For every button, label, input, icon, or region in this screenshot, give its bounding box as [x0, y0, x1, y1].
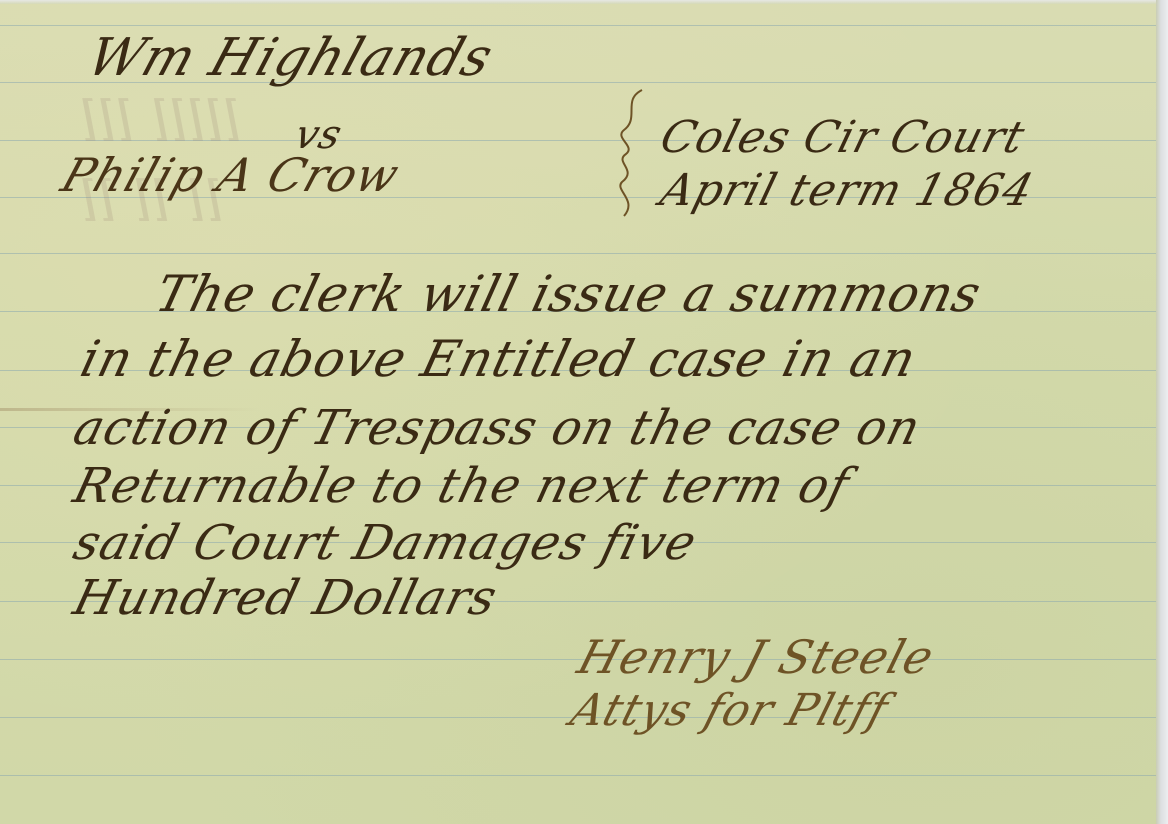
- signature-title: Attys for Pltff: [565, 685, 894, 736]
- body-line-6: Hundred Dollars: [68, 570, 503, 626]
- court-name: Coles Cir Court: [655, 112, 1030, 163]
- body-line-3: action of Trespass on the case on: [68, 400, 927, 456]
- body-line-5: said Court Damages five: [68, 515, 702, 571]
- scan-top-edge: [0, 0, 1168, 4]
- ruled-line: [0, 25, 1156, 26]
- body-line-4: Returnable to the next term of: [68, 458, 855, 514]
- body-line-1: The clerk will issue a summons: [150, 265, 987, 323]
- defendant-name: Philip A Crow: [55, 148, 406, 202]
- court-term: April term 1864: [655, 165, 1039, 216]
- scan-right-edge: [1156, 0, 1168, 824]
- body-line-2: in the above Entitled case in an: [75, 330, 922, 388]
- signature-name: Henry J Steele: [572, 630, 940, 684]
- ruled-line: [0, 253, 1156, 254]
- ruled-line: [0, 775, 1156, 776]
- plaintiff-name: Wm Highlands: [80, 28, 501, 88]
- bleed-through-marks: lllll lll: [80, 90, 241, 155]
- document-page: lllll lll ll ll ll Wm Highlands vs Phili…: [0, 0, 1156, 824]
- caption-brace-icon: [612, 88, 652, 218]
